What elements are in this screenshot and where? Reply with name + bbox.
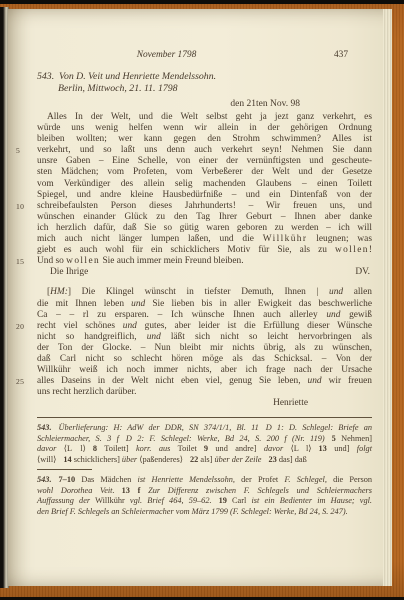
text-segment bbox=[140, 486, 148, 495]
signature-closing: Die Ihrige bbox=[50, 267, 88, 278]
commentary-line: 543.7–10 Das Mädchen ist Henriette Mende… bbox=[37, 475, 372, 486]
text-segment: folgt bbox=[357, 444, 372, 453]
text-segment: recht viel schönes bbox=[37, 321, 123, 331]
text-segment: davor bbox=[37, 444, 56, 453]
text-segment: Überlieferung: H: AdW der DDR, SN 374/1/… bbox=[59, 423, 259, 432]
text-segment: alles Daseins in der Welt nicht eben vie… bbox=[37, 376, 308, 386]
text-segment: Spiegel, und andre kleine Hausbedürfniße… bbox=[37, 190, 372, 200]
text-segment: D 2: F. Schlegel: Werke, Bd 24, S. 200 f… bbox=[126, 434, 325, 443]
text-segment: über bbox=[122, 455, 137, 464]
text-segment: giebt es auch wohl für ein schicklichers… bbox=[37, 245, 335, 255]
text-segment: gutes, aber leider ist die Erfüllung die… bbox=[137, 321, 372, 331]
book-photo: { "colors": { "paper": "#f1ebd6", "ink":… bbox=[0, 0, 404, 600]
text-segment: und andre] bbox=[208, 444, 264, 453]
text-segment: Schleiermacher, S. 3 f bbox=[37, 434, 119, 443]
letter-line: der Ton der Glocke. – Nun bleibt mir nic… bbox=[37, 343, 372, 354]
text-segment: Willkühr weiß ich noch immer nichts, abe… bbox=[37, 365, 372, 375]
type-area: November 1798 437 543. Von D. Veit und H… bbox=[37, 9, 372, 517]
text-segment: Carl bbox=[227, 496, 252, 505]
commentary-block: 543.7–10 Das Mädchen ist Henriette Mende… bbox=[37, 475, 372, 517]
text-segment: über der Zeile bbox=[214, 455, 261, 464]
text-segment: läßt sich nicht so leicht hervorbringen … bbox=[161, 332, 372, 342]
text-segment: ⟨will⟩ bbox=[37, 455, 56, 464]
text-segment: Willkühr bbox=[263, 234, 308, 244]
text-segment: ist Henriette Mendelssohn, bbox=[138, 475, 235, 484]
letter-line: [HM:] Die Klingel wünscht in tiefster De… bbox=[37, 287, 372, 298]
letter-line: Spiegel, und andre kleine Hausbedürfniße… bbox=[37, 190, 372, 201]
apparatus-line: 543.Überlieferung: H: AdW der DDR, SN 37… bbox=[37, 423, 372, 434]
text-segment: ⟨L l⟩ bbox=[283, 444, 311, 453]
text-segment: daß Carl nicht so schlecht hören möge al… bbox=[37, 354, 372, 364]
letter-line: mich auch nicht länger lumpen laßen, und… bbox=[37, 234, 372, 245]
margin-line-number: 10 bbox=[16, 201, 29, 212]
letter-line: daß Carl nicht so schlecht hören möge al… bbox=[37, 354, 372, 365]
text-segment: ⟨L l⟩ bbox=[56, 444, 86, 453]
text-segment: die mit Ihnen leben bbox=[37, 299, 131, 309]
text-segment: und bbox=[326, 310, 340, 320]
letter-line: Ca – – rl zu ersparen. – Ich wünsche Ihn… bbox=[37, 310, 372, 321]
text-segment: die Person bbox=[327, 475, 372, 484]
margin-line-number: 20 bbox=[16, 321, 29, 332]
page-number: 437 bbox=[334, 50, 348, 60]
text-segment: wollen bbox=[335, 245, 369, 255]
signature-initials: DV. bbox=[355, 267, 370, 278]
letter-line: vom Verkündiger des allein selig machend… bbox=[37, 179, 372, 190]
letter-line: nicht so handgreiflich, und läßt sich ni… bbox=[37, 332, 372, 343]
margin-line-number: 25 bbox=[16, 376, 29, 387]
apparatus-rule bbox=[37, 417, 372, 418]
text-segment: 13 bbox=[319, 444, 327, 453]
text-segment: 543. bbox=[37, 423, 52, 432]
apparatus-line: ⟨will⟩14 schicklichers] über ⟨paßenderes… bbox=[37, 455, 372, 466]
letter-line: uns recht herzlich darüber. bbox=[37, 387, 372, 398]
text-segment: Toilett] bbox=[97, 444, 136, 453]
text-segment: D 1: D. Schlegel: Briefe an bbox=[266, 423, 372, 432]
text-segment: vgl. Brief 464, 59–62. bbox=[130, 496, 212, 505]
margin-line-number: 5 bbox=[16, 145, 29, 156]
running-head-date: November 1798 bbox=[0, 50, 334, 60]
text-segment: der Ton der Glocke. – Nun bleibt mir nic… bbox=[37, 343, 372, 353]
text-segment: 543. bbox=[37, 475, 52, 484]
letter-line: bleiben wollten; wer kann gegen den Stro… bbox=[37, 134, 372, 145]
text-segment: Henriette bbox=[273, 398, 308, 408]
text-segment: DV. bbox=[355, 267, 370, 277]
text-segment: als] bbox=[198, 455, 214, 464]
text-segment: und bbox=[131, 299, 145, 309]
text-segment: gewiß bbox=[340, 310, 372, 320]
commentary-line: Auffassung der Willkühr vgl. Brief 464, … bbox=[37, 496, 372, 507]
letter-place-and-date: Berlin, Mittwoch, 21. 11. 1798 bbox=[58, 83, 372, 95]
letter-line: Die IhrigeDV. bbox=[37, 267, 372, 278]
letter-line: 20recht viel schönes und gutes, aber lei… bbox=[37, 321, 372, 332]
text-segment: und bbox=[308, 376, 322, 386]
text-segment: Toilet bbox=[170, 444, 196, 453]
text-segment: Sie lieben bis in aller Ewigkeit das bes… bbox=[145, 299, 372, 309]
text-segment: wir freuen bbox=[322, 376, 372, 386]
text-segment: Zur Differenz zwischen F. Schlegels und … bbox=[148, 486, 372, 495]
text-segment: 23 bbox=[268, 455, 276, 464]
text-segment: der Profet bbox=[235, 475, 284, 484]
text-segment: davor bbox=[264, 444, 283, 453]
letter-line: 15Und so wollen Sie auch immer mein Freu… bbox=[37, 256, 372, 267]
letter-line: 25alles Daseins in der Welt nicht eben v… bbox=[37, 376, 372, 387]
text-segment: Die Ihrige bbox=[50, 267, 88, 277]
letter-line: wünschen einander Glück zu den Tag Ihrer… bbox=[37, 212, 372, 223]
text-segment: nicht so handgreiflich, bbox=[37, 332, 147, 342]
text-segment: Auffassung der bbox=[37, 496, 90, 505]
text-segment: leugnen; was bbox=[307, 234, 372, 244]
text-segment: wollen bbox=[66, 256, 100, 266]
commentary-line: wohl Dorothea Veit.13 f Zur Differenz zw… bbox=[37, 486, 372, 497]
text-segment: ist ein Bedienter im Hause; vgl. bbox=[251, 496, 372, 505]
letter-line: würde uns wenig helfen wenn wir allein i… bbox=[37, 123, 372, 134]
text-segment: uns recht herzlich darüber. bbox=[37, 387, 136, 397]
fore-edge-striations bbox=[383, 9, 392, 586]
letter-dateline: den 21ten Nov. 98 bbox=[37, 99, 372, 110]
letter-line: Alles In der Welt, und die Welt selbst g… bbox=[37, 112, 372, 123]
text-segment: ] Die Klingel wünscht in tiefster Demuth… bbox=[68, 287, 329, 297]
letter-body-part2: [HM:] Die Klingel wünscht in tiefster De… bbox=[37, 287, 372, 409]
text-segment: wünschen einander Glück zu den Tag Ihrer… bbox=[37, 212, 372, 222]
text-segment: und] bbox=[327, 444, 357, 453]
text-segment: schreibefaulsten Person dieses Jahrhunde… bbox=[37, 201, 372, 211]
text-segment: 13 f bbox=[122, 486, 141, 495]
text-segment: bleiben wollten; wer kann gegen den Stro… bbox=[37, 134, 372, 144]
margin-line-number: 15 bbox=[16, 256, 29, 267]
text-segment: ich herzlich dafür, daß Sie so gütig war… bbox=[37, 223, 372, 233]
text-segment: wohl Dorothea Veit. bbox=[37, 486, 115, 495]
text-segment: 14 bbox=[63, 455, 71, 464]
text-segment: sten Mädchen; vom Profeten, vom Verbeßer… bbox=[37, 167, 372, 177]
text-segment: Willkühr bbox=[90, 496, 130, 505]
text-segment: ! bbox=[369, 245, 372, 255]
text-segment: Ca – – rl zu ersparen. – Ich wünsche Ihn… bbox=[37, 310, 326, 320]
text-segment: ⟨paßenderes⟩ bbox=[137, 455, 183, 464]
letter-line: ich herzlich dafür, daß Sie so gütig war… bbox=[37, 223, 372, 234]
text-segment: F. Schlegel, bbox=[284, 475, 326, 484]
text-segment: allen bbox=[343, 287, 372, 297]
text-segment: das] daß bbox=[277, 455, 307, 464]
apparatus-line: davor ⟨L l⟩8 Toilett] korr. aus Toilet9 … bbox=[37, 444, 372, 455]
text-segment: vom Verkündiger des allein selig machend… bbox=[37, 179, 372, 189]
text-segment: würde uns wenig helfen wenn wir allein i… bbox=[37, 123, 372, 133]
letter-line: Henriette bbox=[37, 398, 372, 409]
letter-line: unsre Gaben – Eine Schelle, von einer de… bbox=[37, 156, 372, 167]
text-segment: Das Mädchen bbox=[75, 475, 137, 484]
apparatus-block: 543.Überlieferung: H: AdW der DDR, SN 37… bbox=[37, 423, 372, 465]
commentary-line: den Brief F. Schlegels an Schleiermacher… bbox=[37, 507, 372, 518]
text-segment: unsre Gaben – Eine Schelle, von einer de… bbox=[37, 156, 372, 166]
running-head: November 1798 437 bbox=[37, 9, 372, 60]
text-segment: und bbox=[123, 321, 137, 331]
text-segment: Nehmen] bbox=[336, 434, 372, 443]
letter-line: sten Mädchen; vom Profeten, vom Verbeßer… bbox=[37, 167, 372, 178]
text-segment: Alles In der Welt, und die Welt selbst g… bbox=[47, 112, 372, 122]
text-segment: 7–10 bbox=[59, 475, 76, 484]
text-segment: verkehrt, und so laßt uns denn auch verk… bbox=[37, 145, 372, 155]
letter-line: giebt es auch wohl für ein schicklichers… bbox=[37, 245, 372, 256]
letter-line: 10schreibefaulsten Person dieses Jahrhun… bbox=[37, 201, 372, 212]
text-segment: mich auch nicht länger lumpen laßen, und… bbox=[37, 234, 263, 244]
letter-heading: 543. Von D. Veit und Henriette Mendelsso… bbox=[37, 71, 372, 94]
commentary-separator-rule bbox=[37, 469, 92, 470]
text-segment: und bbox=[147, 332, 161, 342]
text-segment: 19 bbox=[219, 496, 227, 505]
text-segment: Sie auch immer mein Freund bleiben. bbox=[100, 256, 243, 266]
letter-line: Willkühr weiß ich noch immer nichts, abe… bbox=[37, 365, 372, 376]
text-segment: korr. aus bbox=[136, 444, 170, 453]
book-page: November 1798 437 543. Von D. Veit und H… bbox=[8, 9, 392, 586]
text-segment: HM: bbox=[50, 287, 68, 297]
letter-number-and-correspondents: 543. Von D. Veit und Henriette Mendelsso… bbox=[37, 71, 372, 83]
text-segment: schicklichers] bbox=[72, 455, 122, 464]
letter-line: 5verkehrt, und so laßt uns denn auch ver… bbox=[37, 145, 372, 156]
text-segment: den Brief F. Schlegels an Schleiermacher… bbox=[37, 507, 348, 516]
text-segment: Und so bbox=[37, 256, 66, 266]
apparatus-line: Schleiermacher, S. 3 fD 2: F. Schlegel: … bbox=[37, 434, 372, 445]
text-segment: und bbox=[329, 287, 343, 297]
letter-body-part1: Alles In der Welt, und die Welt selbst g… bbox=[37, 112, 372, 278]
letter-line: die mit Ihnen leben und Sie lieben bis i… bbox=[37, 299, 372, 310]
